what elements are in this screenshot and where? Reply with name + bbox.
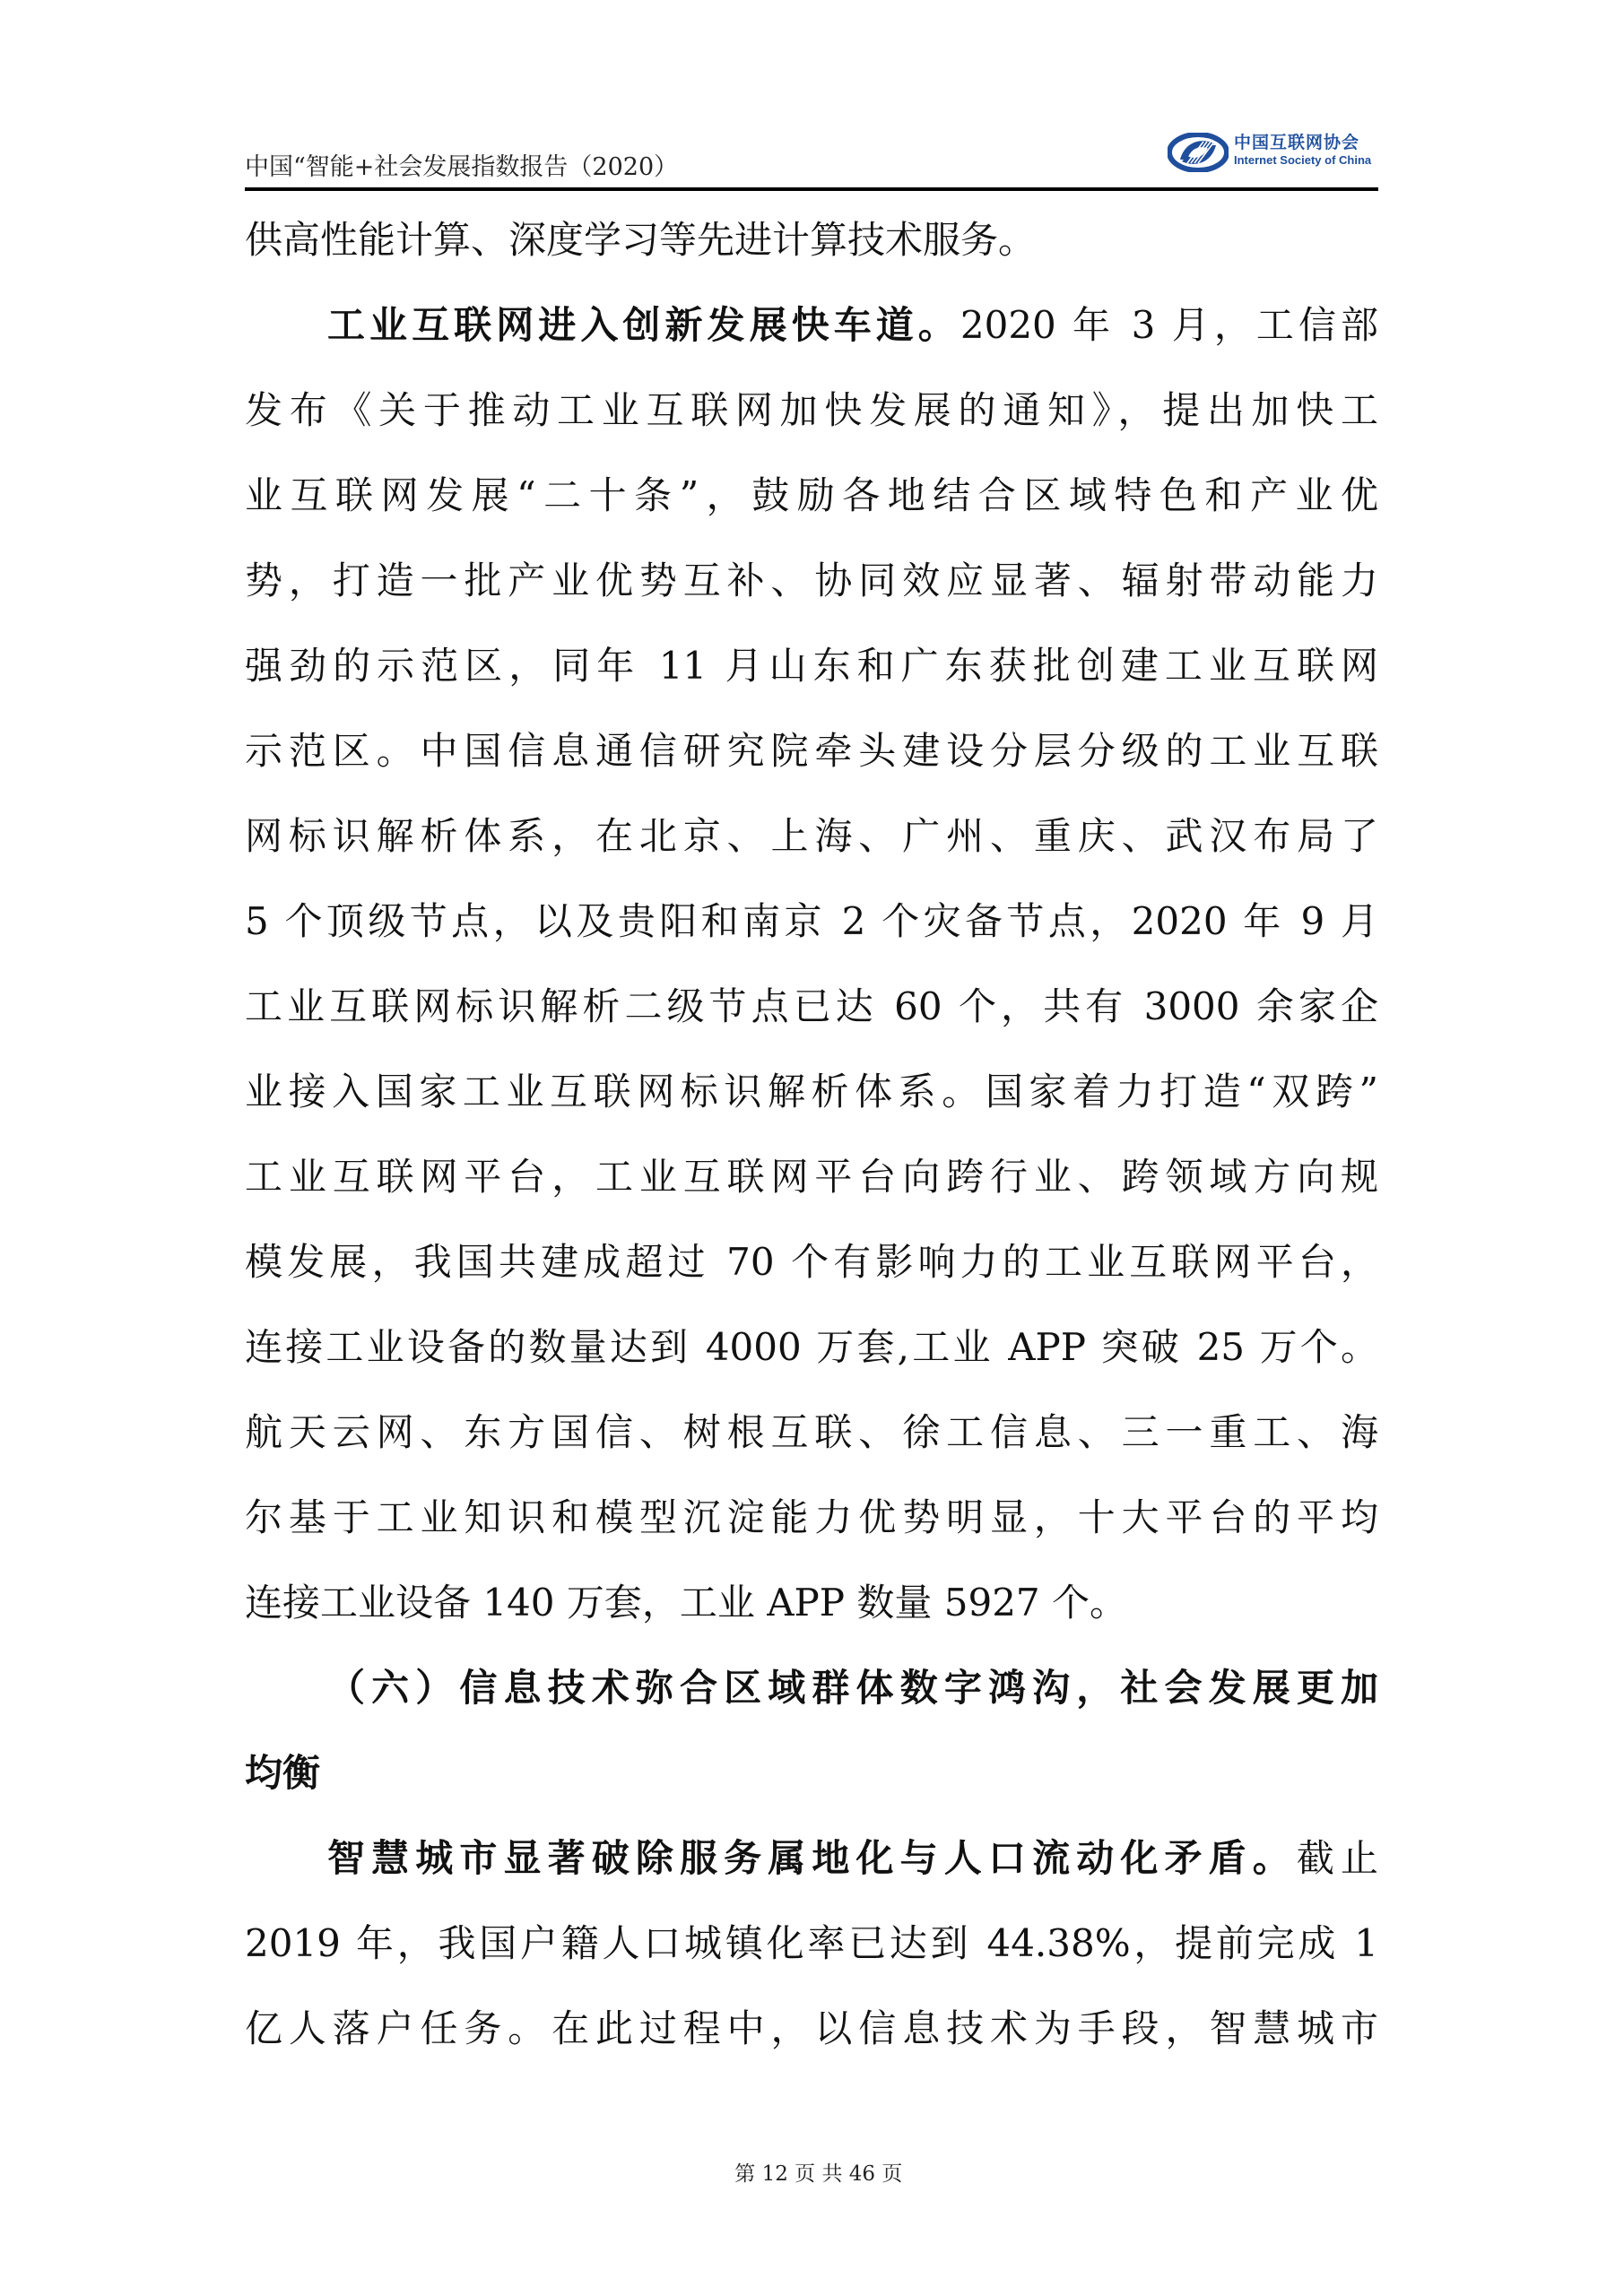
text-line: 航天云网、东方国信、树根互联、徐工信息、三一重工、海 <box>245 1404 1378 1489</box>
text-line: 发布《关于推动工业互联网加快发展的通知》，提出加快工 <box>245 382 1378 467</box>
section-heading: （六）信息技术弥合区域群体数字鸿沟，社会发展更加 <box>245 1659 1378 1745</box>
text-line: 工业互联网标识解析二级节点已达 60 个，共有 3000 余家企 <box>245 978 1378 1063</box>
running-header-title: 中国“智能+社会发展指数报告（2020） <box>245 152 678 183</box>
text-line: 供高性能计算、深度学习等先进计算技术服务。 <box>245 212 1378 297</box>
text-line: 工业互联网平台，工业互联网平台向跨行业、跨领域方向规 <box>245 1148 1378 1234</box>
page-number: 第 12 页 共 46 页 <box>734 2159 902 2189</box>
text-line: 示范区。中国信息通信研究院牵头建设分层分级的工业互联 <box>245 723 1378 808</box>
text-line: 业接入国家工业互联网标识解析体系。国家着力打造“双跨” <box>245 1063 1378 1148</box>
paragraph-lead-line: 工业互联网进入创新发展快车道。2020 年 3 月，工信部 <box>245 297 1378 382</box>
section-heading-continued: 均衡 <box>245 1745 1378 1830</box>
text-line: 连接工业设备 140 万套，工业 APP 数量 5927 个。 <box>245 1574 1378 1659</box>
text-line: 势，打造一批产业优势互补、协同效应显著、辐射带动能力 <box>245 552 1378 637</box>
paragraph-lead-line: 智慧城市显著破除服务属地化与人口流动化矛盾。截止 <box>245 1830 1378 1915</box>
text-line: 连接工业设备的数量达到 4000 万套,工业 APP 突破 25 万个。 <box>245 1319 1378 1404</box>
logo-name-en: Internet Society of China <box>1234 153 1371 168</box>
text-line: 2019 年，我国户籍人口城镇化率已达到 44.38%，提前完成 1 <box>245 1915 1378 2000</box>
organization-logo: 中国互联网协会 Internet Society of China <box>1168 131 1383 174</box>
paragraph-lead-bold: 工业互联网进入创新发展快车道。 <box>327 303 960 347</box>
logo-name-cn: 中国互联网协会 <box>1234 133 1359 152</box>
text-line: 业互联网发展“二十条”，鼓励各地结合区域特色和产业优 <box>245 467 1378 552</box>
page-footer: 第 12 页 共 46 页 <box>0 2128 1624 2189</box>
text-line: 网标识解析体系，在北京、上海、广州、重庆、武汉布局了 <box>245 808 1378 893</box>
text-line: 尔基于工业知识和模型沉淀能力优势明显，十大平台的平均 <box>245 1489 1378 1574</box>
header-divider <box>245 187 1378 191</box>
paragraph-lead-bold: 智慧城市显著破除服务属地化与人口流动化矛盾。 <box>327 1836 1297 1880</box>
document-body: 供高性能计算、深度学习等先进计算技术服务。 工业互联网进入创新发展快车道。202… <box>245 212 1378 2085</box>
text-line: 5 个顶级节点，以及贵阳和南京 2 个灾备节点，2020 年 9 月 <box>245 893 1378 978</box>
text-line: 亿人落户任务。在此过程中，以信息技术为手段，智慧城市 <box>245 2000 1378 2085</box>
text-line: 模发展，我国共建成超过 70 个有影响力的工业互联网平台， <box>245 1234 1378 1319</box>
text-line: 强劲的示范区，同年 11 月山东和广东获批创建工业互联网 <box>245 637 1378 723</box>
isc-logo-icon <box>1168 133 1229 172</box>
